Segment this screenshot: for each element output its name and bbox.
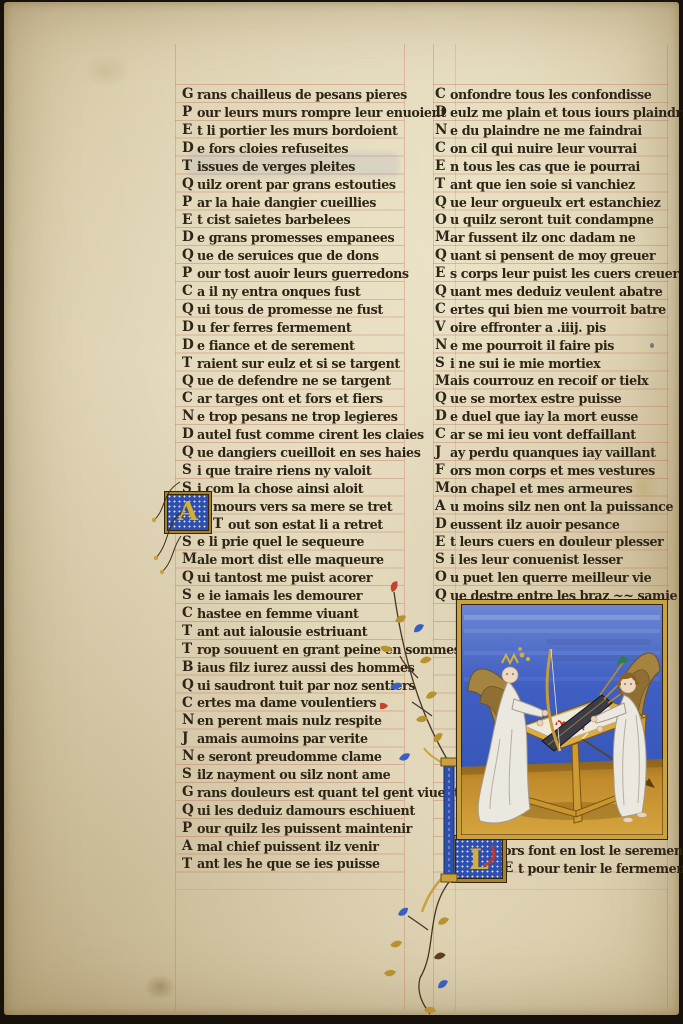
verse-initial: Q bbox=[435, 196, 450, 210]
verse-text: e me pourroit il faire pis bbox=[450, 340, 614, 353]
verse-line: Male mort dist elle maqueure bbox=[182, 549, 408, 567]
verse-line: Par la haie dangier cueillies bbox=[182, 191, 408, 209]
verse-line: Tant les he que se ies puisse bbox=[182, 853, 408, 871]
verse-initial: D bbox=[182, 142, 197, 156]
verse-initial: P bbox=[182, 196, 197, 210]
verse-initial: P bbox=[182, 822, 197, 836]
verse-line: Que destre entre les braz ~~ samie bbox=[435, 585, 675, 603]
verse-initial: Q bbox=[182, 249, 197, 263]
verse-line: Confondre tous les confondisse bbox=[435, 84, 675, 102]
illuminated-initial-a: A bbox=[165, 492, 211, 533]
verse-initial: M bbox=[435, 375, 450, 389]
verse-text: e li prie quel le sequeure bbox=[197, 536, 364, 549]
verse-text: ay perdu quanques iay vaillant bbox=[450, 447, 656, 460]
verse-line: Mais courrouz en recoif or tielx bbox=[435, 370, 675, 388]
verse-text: mal chief puissent ilz venir bbox=[197, 841, 379, 854]
verse-line: Trop souuent en grant peine en sommes bbox=[182, 639, 408, 657]
verse-initial: O bbox=[435, 571, 450, 585]
verse-initial: Q bbox=[182, 178, 197, 192]
verse-initial: E bbox=[435, 536, 450, 550]
manuscript-photo: Grans chailleus de pesans pieresPour leu… bbox=[0, 0, 683, 1024]
stain bbox=[84, 54, 130, 88]
verse-text: mours vers sa mere se tret bbox=[213, 501, 392, 514]
verse-line: Si ne sui ie mie mortiex bbox=[435, 352, 675, 370]
verse-text: i ne sui ie mie mortiex bbox=[450, 358, 600, 371]
verse-text: e grans promesses empanees bbox=[197, 232, 394, 245]
verse-text: i les leur conuenist lesser bbox=[450, 554, 622, 567]
verse-initial: Q bbox=[182, 446, 197, 460]
verse-initial: T bbox=[182, 643, 197, 657]
verse-text: ui les deduiz damours eschiuent bbox=[197, 805, 415, 818]
verse-initial: T bbox=[182, 357, 197, 371]
verse-initial: N bbox=[435, 339, 450, 353]
verse-initial: N bbox=[182, 714, 197, 728]
verse-line: Ne du plaindre ne me faindrai bbox=[435, 120, 675, 138]
verse-text: ar fussent ilz onc dadam ne bbox=[450, 232, 635, 245]
verse-initial: D bbox=[182, 339, 197, 353]
verse-line: Deulz me plain et tous iours plaindrai bbox=[435, 102, 675, 120]
verse-text: ertes qui bien me vourroit batre bbox=[450, 304, 666, 317]
verse-text: ue leur orgueulx ert estanchiez bbox=[450, 197, 660, 210]
verse-line: Es corps leur puist les cuers creuer bbox=[435, 263, 675, 281]
verse-line: Et cist saietes barbelees bbox=[182, 209, 408, 227]
verse-line: Mon chapel et mes armeures bbox=[435, 478, 675, 496]
illuminated-initial-l: L bbox=[452, 836, 506, 882]
verse-line: De duel que iay la mort eusse bbox=[435, 406, 675, 424]
verse-text: ar targes ont et fors et fiers bbox=[197, 393, 383, 406]
verse-initial: C bbox=[182, 285, 197, 299]
verse-initial: Q bbox=[435, 392, 450, 406]
verse-text: i que traire riens ny valoit bbox=[197, 465, 371, 478]
verse-text: our tost auoir leurs guerredons bbox=[197, 268, 409, 281]
verse-text: e ie iamais les demourer bbox=[197, 590, 362, 603]
verse-text: rans chailleus de pesans pieres bbox=[197, 89, 407, 102]
verse-initial: V bbox=[435, 321, 450, 335]
verse-initial: S bbox=[182, 589, 197, 603]
verse-line: De fiance et de serement bbox=[182, 334, 408, 352]
verse-text: en perent mais nulz respite bbox=[197, 715, 382, 728]
verse-initial: J bbox=[435, 446, 450, 460]
verse-initial: N bbox=[182, 750, 197, 764]
verse-line: Con cil qui nuire leur vourrai bbox=[435, 138, 675, 156]
verse-initial: F bbox=[435, 464, 450, 478]
verse-text: t cist saietes barbelees bbox=[197, 214, 350, 227]
verse-line: Grans chailleus de pesans pieres bbox=[182, 84, 408, 102]
verse-text: ertes ma dame voulentiers bbox=[197, 697, 376, 710]
verse-line: De grans promesses empanees bbox=[182, 227, 408, 245]
verse-text: ant les he que se ies puisse bbox=[197, 858, 380, 871]
verse-text: t pour tenir le fermement bbox=[518, 863, 683, 876]
verse-initial: E bbox=[182, 214, 197, 228]
verse-initial: D bbox=[435, 106, 450, 120]
verse-initial: M bbox=[182, 553, 197, 567]
right-text-column-below-miniature: Lors font en lost le serementEt pour ten… bbox=[453, 840, 679, 876]
verse-text: raient sur eulz et si se targent bbox=[197, 358, 400, 371]
verse-initial: T bbox=[182, 858, 197, 872]
verse-text: a il ny entra onques fust bbox=[197, 286, 360, 299]
stain bbox=[144, 974, 176, 1000]
verse-text: ar se mi ieu vont deffaillant bbox=[450, 429, 636, 442]
verse-text: ue se mortex estre puisse bbox=[450, 393, 621, 406]
verse-line: Deussent ilz auoir pesance bbox=[435, 513, 675, 531]
verse-line: mours vers sa mere se tret bbox=[182, 495, 408, 513]
verse-initial: T bbox=[182, 160, 197, 174]
verse-text: hastee en femme viuant bbox=[197, 608, 359, 621]
verse-text: eussent ilz auoir pesance bbox=[450, 519, 620, 532]
verse-line: Tant aut ialousie estriuant bbox=[182, 621, 408, 639]
verse-line: Voire effronter a .iiij. pis bbox=[435, 317, 675, 335]
verse-initial: C bbox=[435, 88, 450, 102]
verse-text: t li portier les murs bordoient bbox=[197, 125, 397, 138]
verse-line: Certes ma dame voulentiers bbox=[182, 692, 408, 710]
verse-initial: Q bbox=[435, 285, 450, 299]
verse-line: Au moins silz nen ont la puissance bbox=[435, 495, 675, 513]
verse-text: iaus filz iurez aussi des hommes bbox=[197, 662, 414, 675]
verse-line: De fors cloies refuseites bbox=[182, 138, 408, 156]
verse-initial: Q bbox=[182, 804, 197, 818]
verse-text: u fer ferres fermement bbox=[197, 322, 351, 335]
verse-line: Du fer ferres fermement bbox=[182, 317, 408, 335]
verse-initial: Q bbox=[182, 375, 197, 389]
verse-text: ant aut ialousie estriuant bbox=[197, 626, 367, 639]
verse-text: rans douleurs est quant tel gent viuent bbox=[197, 787, 460, 800]
verse-initial: C bbox=[182, 697, 197, 711]
verse-line: Ou quilz seront tuit condampne bbox=[435, 209, 675, 227]
verse-text: ue de seruices que de dons bbox=[197, 250, 379, 263]
verse-text: out son estat li a retret bbox=[228, 519, 383, 532]
verse-text: ui saudront tuit par noz sentiers bbox=[197, 680, 415, 693]
verse-text: ar la haie dangier cueillies bbox=[197, 197, 376, 210]
verse-line: Que de defendre ne se targent bbox=[182, 370, 408, 388]
verse-line: Mar fussent ilz onc dadam ne bbox=[435, 227, 675, 245]
ruling-line-vertical bbox=[433, 44, 434, 1010]
verse-text: ui tantost me puist acorer bbox=[197, 572, 372, 585]
verse-line: Biaus filz iurez aussi des hommes bbox=[182, 657, 408, 675]
verse-initial: Q bbox=[182, 303, 197, 317]
verse-text: oire effronter a .iiij. pis bbox=[450, 322, 606, 335]
verse-initial: Q bbox=[435, 249, 450, 263]
verse-initial: S bbox=[182, 464, 197, 478]
verse-initial: S bbox=[182, 768, 197, 782]
verse-line: Car targes ont et fors et fiers bbox=[182, 388, 408, 406]
verse-text: n tous les cas que ie pourrai bbox=[450, 161, 640, 174]
verse-initial: C bbox=[435, 428, 450, 442]
verse-line: Silz nayment ou silz nont ame bbox=[182, 764, 408, 782]
verse-line: Ne trop pesans ne trop legieres bbox=[182, 406, 408, 424]
verse-text: ais courrouz en recoif or tielx bbox=[450, 375, 648, 388]
verse-line: Jamais aumoins par verite bbox=[182, 728, 408, 746]
verse-initial: O bbox=[435, 214, 450, 228]
verse-line: Tissues de verges pleites bbox=[182, 156, 408, 174]
verse-initial: N bbox=[182, 410, 197, 424]
verse-text: ors mon corps et mes vestures bbox=[450, 465, 655, 478]
verse-line: Se li prie quel le sequeure bbox=[182, 531, 408, 549]
verse-line: Qui tantost me puist acorer bbox=[182, 567, 408, 585]
verse-initial: B bbox=[182, 661, 197, 675]
verse-line: Amal chief puissent ilz venir bbox=[182, 835, 408, 853]
verse-initial: C bbox=[182, 392, 197, 406]
verse-line: Pour tost auoir leurs guerredons bbox=[182, 263, 408, 281]
verse-line: Tout son estat li a retret bbox=[182, 513, 408, 531]
verse-text: uilz orent par grans estouties bbox=[197, 179, 396, 192]
verse-text: ors font en lost le serement bbox=[503, 845, 683, 858]
verse-line: Et li portier les murs bordoient bbox=[182, 120, 408, 138]
verse-initial: C bbox=[182, 607, 197, 621]
verse-text: onfondre tous les confondisse bbox=[450, 89, 651, 102]
verse-initial: E bbox=[435, 160, 450, 174]
verse-line: En tous les cas que ie pourrai bbox=[435, 156, 675, 174]
verse-line: Fors mon corps et mes vestures bbox=[435, 460, 675, 478]
verse-line: Jay perdu quanques iay vaillant bbox=[435, 442, 675, 460]
right-text-column: Confondre tous les confondisseDeulz me p… bbox=[435, 84, 675, 603]
verse-line: Si les leur conuenist lesser bbox=[435, 549, 675, 567]
verse-text: amais aumoins par verite bbox=[197, 733, 368, 746]
verse-text: e duel que iay la mort eusse bbox=[450, 411, 638, 424]
verse-line: Certes qui bien me vourroit batre bbox=[435, 299, 675, 317]
verse-text: u moins silz nen ont la puissance bbox=[450, 501, 673, 514]
verse-line: Que de seruices que de dons bbox=[182, 245, 408, 263]
verse-line: Que dangiers cueilloit en ses haies bbox=[182, 442, 408, 460]
verse-line: Si que traire riens ny valoit bbox=[182, 460, 408, 478]
verse-initial: Q bbox=[435, 589, 450, 603]
verse-line: Se ie iamais les demourer bbox=[182, 585, 408, 603]
verse-text: e du plaindre ne me faindrai bbox=[450, 125, 642, 138]
verse-initial: S bbox=[182, 536, 197, 550]
verse-text: u quilz seront tuit condampne bbox=[450, 214, 654, 227]
verse-initial: M bbox=[435, 482, 450, 496]
verse-line: Quilz orent par grans estouties bbox=[182, 173, 408, 191]
verse-line: Ou puet len querre meilleur vie bbox=[435, 567, 675, 585]
verse-text: ilz nayment ou silz nont ame bbox=[197, 769, 390, 782]
verse-initial: M bbox=[435, 231, 450, 245]
verse-initial: E bbox=[435, 267, 450, 281]
verse-line: Grans douleurs est quant tel gent viuent bbox=[182, 782, 408, 800]
verse-text: rop souuent en grant peine en sommes bbox=[197, 644, 461, 657]
verse-initial: S bbox=[435, 553, 450, 567]
verse-line: Nen perent mais nulz respite bbox=[182, 710, 408, 728]
verse-initial: D bbox=[435, 410, 450, 424]
verse-initial: G bbox=[182, 88, 197, 102]
verse-line: Traient sur eulz et si se targent bbox=[182, 352, 408, 370]
verse-initial: T bbox=[182, 625, 197, 639]
verse-text: ale mort dist elle maqueure bbox=[197, 554, 384, 567]
verse-text: our quilz les puissent maintenir bbox=[197, 823, 412, 836]
verse-initial: D bbox=[182, 321, 197, 335]
verse-line: Ne me pourroit il faire pis bbox=[435, 334, 675, 352]
verse-line: Qui les deduiz damours eschiuent bbox=[182, 800, 408, 818]
verse-text: u puet len querre meilleur vie bbox=[450, 572, 651, 585]
verse-initial: D bbox=[182, 231, 197, 245]
verse-initial: C bbox=[435, 142, 450, 156]
verse-line: Pour leurs murs rompre leur enuoient bbox=[182, 102, 408, 120]
manuscript-page: Grans chailleus de pesans pieresPour leu… bbox=[4, 2, 679, 1015]
verse-text: on cil qui nuire leur vourrai bbox=[450, 143, 637, 156]
verse-line: Tant que ien soie si vanchiez bbox=[435, 173, 675, 191]
verse-initial: D bbox=[435, 518, 450, 532]
verse-initial: N bbox=[435, 124, 450, 138]
verse-initial: G bbox=[182, 786, 197, 800]
left-text-column: Grans chailleus de pesans pieresPour leu… bbox=[182, 84, 408, 871]
verse-line: Et leurs cuers en douleur plesser bbox=[435, 531, 675, 549]
verse-line: Que leur orgueulx ert estanchiez bbox=[435, 191, 675, 209]
verse-text: e fiance et de serement bbox=[197, 340, 355, 353]
verse-line: Ca il ny entra onques fust bbox=[182, 281, 408, 299]
verse-line: Qui saudront tuit par noz sentiers bbox=[182, 674, 408, 692]
verse-text: eulz me plain et tous iours plaindrai bbox=[450, 107, 683, 120]
verse-initial: E bbox=[182, 124, 197, 138]
verse-text: e trop pesans ne trop legieres bbox=[197, 411, 397, 424]
verse-text: ue dangiers cueilloit en ses haies bbox=[197, 447, 420, 460]
verse-line: Ne seront preudomme clame bbox=[182, 746, 408, 764]
verse-initial: C bbox=[435, 303, 450, 317]
verse-initial: A bbox=[435, 500, 450, 514]
verse-line: Pour quilz les puissent maintenir bbox=[182, 818, 408, 836]
verse-line: Car se mi ieu vont deffaillant bbox=[435, 424, 675, 442]
verse-initial: S bbox=[435, 357, 450, 371]
verse-line: Quant si pensent de moy greuer bbox=[435, 245, 675, 263]
verse-text: s corps leur puist les cuers creuer bbox=[450, 268, 679, 281]
verse-line: Si com la chose ainsi aloit bbox=[182, 478, 408, 496]
verse-initial: Q bbox=[182, 571, 197, 585]
verse-text: uant mes deduiz veulent abatre bbox=[450, 286, 662, 299]
verse-text: on chapel et mes armeures bbox=[450, 483, 632, 496]
verse-line: Que se mortex estre puisse bbox=[435, 388, 675, 406]
verse-text: e seront preudomme clame bbox=[197, 751, 382, 764]
verse-initial: D bbox=[182, 428, 197, 442]
verse-text: i com la chose ainsi aloit bbox=[197, 483, 363, 496]
verse-initial: J bbox=[182, 732, 197, 746]
verse-text: autel fust comme cirent les claies bbox=[197, 429, 424, 442]
verse-line: Dautel fust comme cirent les claies bbox=[182, 424, 408, 442]
verse-line: Chastee en femme viuant bbox=[182, 603, 408, 621]
verse-initial: Q bbox=[182, 679, 197, 693]
verse-text: our leurs murs rompre leur enuoient bbox=[197, 107, 446, 120]
verse-initial: A bbox=[182, 840, 197, 854]
verse-text: ue destre entre les braz ~~ samie bbox=[450, 590, 677, 603]
verse-text: ui tous de promesse ne fust bbox=[197, 304, 383, 317]
verse-initial: T bbox=[435, 178, 450, 192]
verse-text: uant si pensent de moy greuer bbox=[450, 250, 655, 263]
verse-text: issues de verges pleites bbox=[197, 161, 355, 174]
verse-initial: T bbox=[213, 518, 228, 532]
verse-text: ant que ien soie si vanchiez bbox=[450, 179, 635, 192]
verse-line: Qui tous de promesse ne fust bbox=[182, 299, 408, 317]
verse-text: e fors cloies refuseites bbox=[197, 143, 348, 156]
verse-initial: P bbox=[182, 267, 197, 281]
verse-line: Quant mes deduiz veulent abatre bbox=[435, 281, 675, 299]
verse-initial: P bbox=[182, 106, 197, 120]
verse-text: ue de defendre ne se targent bbox=[197, 375, 391, 388]
verse-text: t leurs cuers en douleur plesser bbox=[450, 536, 663, 549]
